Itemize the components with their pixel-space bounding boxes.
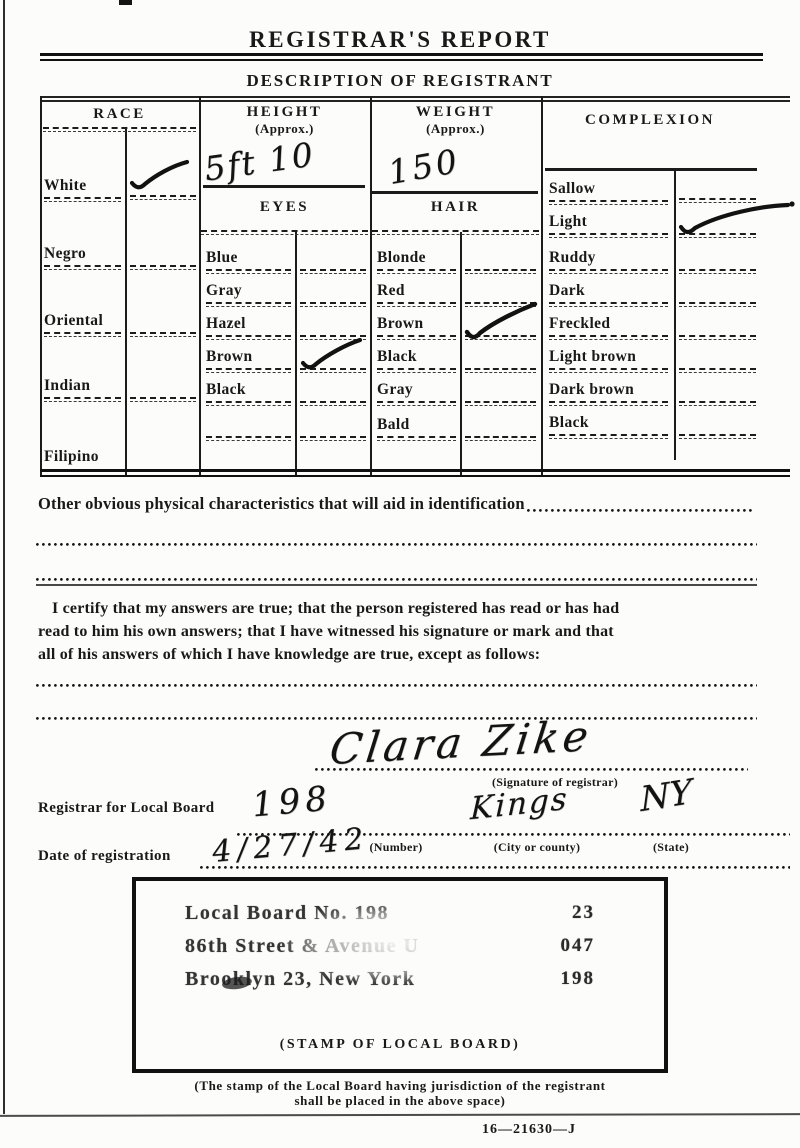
eyes-gray-check-line [300,302,366,307]
complexion-header-underline [545,168,757,171]
stamp-row-3-code: 198 [545,968,595,990]
hair-option-blonde: Blonde [377,249,426,267]
complexion-ruddy-check-line [679,269,756,274]
eyes-option-brown: Brown [206,348,253,366]
eyes-hazel-label-line [206,335,291,340]
eyes-option-hazel: Hazel [206,315,246,333]
complexion-option-dark: Dark [549,282,585,300]
race-negro-check-line [130,265,196,270]
hair-header-underline [372,230,539,235]
registrar-state-caption: (State) [611,840,731,855]
complexion-option-dark-brown: Dark brown [549,381,634,399]
stamp-caption: (STAMP OF LOCAL BOARD) [132,1037,668,1053]
race-negro-label-line [44,265,121,270]
race-option-indian: Indian [44,377,90,395]
table-bottom-rule [40,469,790,477]
complexion-option-light-brown: Light brown [549,348,636,366]
certification-line-3: all of his answers of which I have knowl… [38,643,766,666]
registrar-state-handwriting: NY [639,772,693,820]
hair-header: HAIR [370,199,541,216]
race-oriental-label-line [44,332,121,337]
race-option-negro: Negro [44,245,86,263]
eyes-option-gray: Gray [206,282,242,300]
registrar-label: Registrar for Local Board [38,800,215,817]
eyes-empty-label-line [206,436,291,441]
footnote-line-1: (The stamp of the Local Board having jur… [0,1078,800,1094]
hair-check-divider [460,232,462,476]
hair-black-check-line [465,368,536,373]
race-oriental-check-line [130,332,196,337]
title-rule [40,53,763,61]
section-title: DESCRIPTION OF REGISTRANT [0,71,800,91]
exceptions-line-1 [36,684,757,687]
page-title: REGISTRAR'S REPORT [0,27,800,53]
complexion-black-check-line [679,434,756,439]
hair-bald-label-line [377,436,456,441]
complexion-dark-brown-check-line [679,401,756,406]
eyes-header-underline [201,230,368,235]
hair-option-red: Red [377,282,405,300]
stamp-row-3-text: Brooklyn 23, New York [185,968,415,991]
eyes-black-check-line [300,401,366,406]
registrar-city-caption: (City or county) [457,840,617,855]
form-number: 16—21630—J [482,1122,576,1138]
hair-gray-label-line [377,401,456,406]
complexion-light-checkmark-icon [676,197,798,239]
race-option-white: White [44,177,86,195]
hair-option-black: Black [377,348,417,366]
other-characteristics-leader [527,509,755,512]
stamp-row-1-code: 23 [545,902,595,924]
hair-blonde-label-line [377,269,456,274]
complexion-dark-check-line [679,302,756,307]
race-white-label-line [44,197,121,202]
weight-value-handwriting: 150 [385,141,463,192]
eyes-option-black: Black [206,381,246,399]
certification-paragraph: I certify that my answers are true; that… [38,597,766,666]
certification-line-2: read to him his own answers; that I have… [38,620,766,643]
complexion-option-light: Light [549,213,587,231]
table-top-rule [40,96,790,102]
complexion-light-label-line [549,233,668,238]
complexion-option-sallow: Sallow [549,180,595,198]
other-characteristics-line-2 [36,578,757,581]
complexion-header: COMPLEXION [541,112,759,129]
complexion-light-brown-check-line [679,368,756,373]
registration-date-label: Date of registration [38,848,171,865]
scan-speck [119,0,132,5]
race-option-filipino: Filipino [44,448,99,466]
table-border-left [40,96,42,476]
hair-red-label-line [377,302,456,307]
registration-date-handwriting: 4/27/42 [211,821,371,870]
complexion-freckled-check-line [679,335,756,340]
complexion-dark-label-line [549,302,668,307]
registrar-signature-handwriting: Clara Zike [327,711,595,774]
race-header: RACE [40,106,199,123]
hair-gray-check-line [465,401,536,406]
stamp-row-2-text: 86th Street & Avenue U [185,935,419,958]
race-option-oriental: Oriental [44,312,103,330]
race-check-divider [125,128,127,476]
complexion-freckled-label-line [549,335,668,340]
hair-brown-checkmark-icon [462,300,540,344]
certification-line-1: I certify that my answers are true; that… [38,597,766,620]
eyes-empty-check-line [300,436,366,441]
registrar-number-handwriting: 198 [250,779,333,826]
complexion-black-label-line [549,434,668,439]
other-characteristics-row: Other obvious physical characteristics t… [38,492,757,515]
weight-right-border [541,96,543,476]
hair-blonde-check-line [465,269,536,274]
race-right-border [199,96,201,476]
eyes-brown-checkmark-icon [299,335,365,375]
stamp-row-1-text: Local Board No. 198 [185,902,389,925]
hair-option-brown: Brown [377,315,424,333]
bottom-rule [0,1113,800,1117]
other-characteristics-label: Other obvious physical characteristics t… [38,492,525,515]
eyes-check-divider [295,232,297,476]
height-right-border [370,96,372,476]
stamp-row-2-code: 047 [545,935,595,957]
eyes-black-label-line [206,401,291,406]
registration-date-line [200,866,790,869]
exceptions-line-2 [36,717,757,720]
complexion-ruddy-label-line [549,269,668,274]
height-value-handwriting: 5ft 10 [202,134,317,188]
registrar-report-scan: REGISTRAR'S REPORT DESCRIPTION OF REGIST… [0,0,800,1148]
other-characteristics-line-1 [36,543,757,546]
eyes-header: EYES [199,199,370,216]
hair-brown-label-line [377,335,456,340]
eyes-option-blue: Blue [206,249,238,267]
race-white-checkmark-icon [128,156,192,196]
hair-bald-check-line [465,436,536,441]
signature-line [315,768,748,771]
scan-edge-line [3,0,5,1114]
eyes-blue-label-line [206,269,291,274]
hair-option-bald: Bald [377,416,410,434]
hair-option-gray: Gray [377,381,413,399]
complexion-dark-brown-label-line [549,401,668,406]
complexion-option-ruddy: Ruddy [549,249,596,267]
hair-black-label-line [377,368,456,373]
weight-approx-label: (Approx.) [370,121,541,137]
height-value-underline [203,185,365,188]
weight-value-underline [372,191,538,194]
race-indian-check-line [130,397,196,402]
race-indian-label-line [44,397,121,402]
other-characteristics-line-2-rule [36,584,757,586]
footnote-line-2: shall be placed in the above space) [0,1093,800,1109]
eyes-blue-check-line [300,269,366,274]
eyes-gray-label-line [206,302,291,307]
complexion-option-black: Black [549,414,589,432]
race-header-underline [43,127,196,132]
eyes-brown-label-line [206,368,291,373]
height-header: HEIGHT [199,104,370,121]
complexion-sallow-label-line [549,200,668,205]
complexion-light-brown-label-line [549,368,668,373]
weight-header: WEIGHT [370,104,541,121]
complexion-option-freckled: Freckled [549,315,610,333]
height-approx-label: (Approx.) [199,121,370,137]
